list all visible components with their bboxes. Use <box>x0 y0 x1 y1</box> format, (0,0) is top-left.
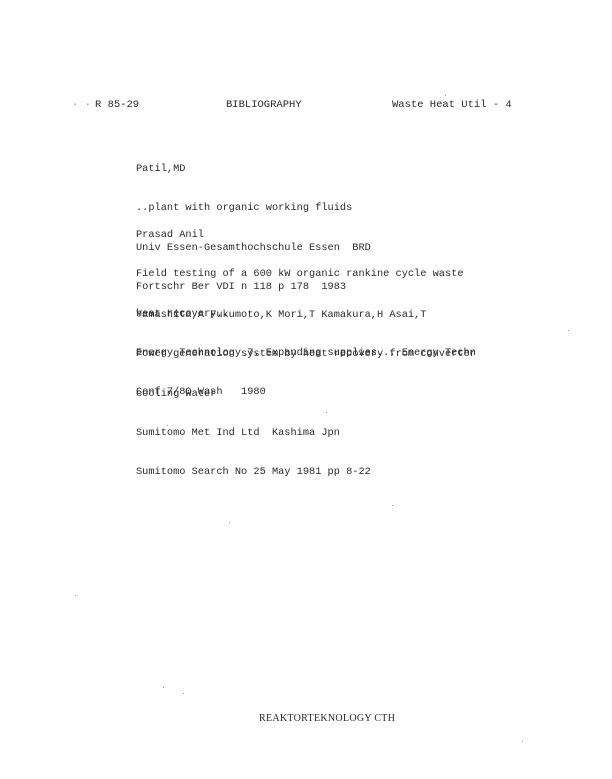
bibliography-entry: Yamashita,A Fukumoto,K Mori,T Kamakura,H… <box>136 283 476 493</box>
entry-affiliation: Sumitomo Met Ind Ltd Kashima Jpn <box>136 427 476 440</box>
speck <box>229 522 230 523</box>
speck <box>392 505 393 506</box>
speck <box>522 741 523 742</box>
entry-author: Patil,MD <box>136 163 371 176</box>
speck <box>445 95 446 96</box>
speck <box>326 412 327 413</box>
speck <box>167 425 168 426</box>
entry-author: Prasad Anil <box>136 229 476 242</box>
page-footer: REAKTORTEKNOLOGY CTH <box>259 713 395 724</box>
topic-label: Waste Heat Util - 4 <box>392 99 512 111</box>
entry-author: Yamashita,A Fukumoto,K Mori,T Kamakura,H… <box>136 309 476 322</box>
speck <box>568 330 569 331</box>
entry-source: Sumitomo Search No 25 May 1981 pp 8-22 <box>136 466 476 479</box>
speck <box>75 595 76 596</box>
entry-title: Field testing of a 600 kW organic rankin… <box>136 268 476 281</box>
entry-title: Power generation system by heat recovery… <box>136 348 476 361</box>
entry-title-cont: cooling water <box>136 388 476 401</box>
margin-dots: · · <box>72 99 91 111</box>
report-id: R 85-29 <box>95 99 139 111</box>
speck <box>163 687 164 688</box>
speck <box>183 693 184 694</box>
section-title: BIBLIOGRAPHY <box>226 99 302 111</box>
